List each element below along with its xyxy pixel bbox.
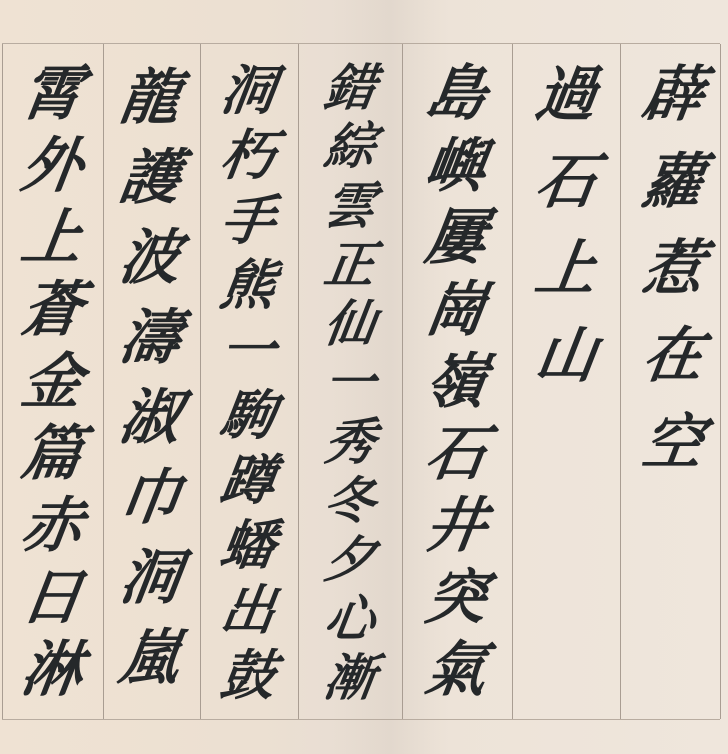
glyph: 蹲 [216, 448, 279, 513]
glyph: 上 [17, 202, 87, 274]
glyph: 惹 [637, 226, 709, 313]
glyph: 波 [114, 218, 185, 298]
glyph: 洞 [216, 58, 279, 123]
glyph: 井 [421, 490, 491, 562]
glyph: 龍 [114, 58, 185, 138]
calligraphy-paper: 薜 蘿 惹 在 空 過 石 上 山 島 嶼 屢 崗 嶺 石 井 突 氣 錯 綜 … [0, 0, 728, 754]
glyph: 淑 [114, 378, 185, 458]
glyph: 空 [637, 400, 709, 487]
glyph: 濤 [114, 298, 185, 378]
glyph: 嶼 [421, 130, 491, 202]
glyph: 駒 [216, 383, 279, 448]
glyph: 石 [421, 418, 491, 490]
glyph: 秀 [321, 412, 379, 471]
glyph: 蟠 [216, 513, 279, 578]
column-line [2, 44, 3, 719]
column-line [298, 44, 299, 719]
glyph: 巾 [114, 458, 185, 538]
glyph: 一 [321, 353, 379, 412]
glyph: 夕 [321, 530, 379, 589]
glyph: 心 [321, 589, 379, 648]
glyph: 手 [216, 188, 279, 253]
glyph: 氣 [421, 634, 491, 706]
text-column-3: 島 嶼 屢 崗 嶺 石 井 突 氣 [408, 58, 504, 706]
glyph: 蘿 [637, 139, 709, 226]
glyph: 出 [216, 578, 279, 643]
glyph: 淋 [17, 634, 87, 706]
text-column-5: 洞 朽 手 熊 一 駒 蹲 蟠 出 鼓 [200, 58, 296, 708]
glyph: 冬 [321, 471, 379, 530]
glyph: 蒼 [17, 274, 87, 346]
glyph: 正 [321, 235, 379, 294]
glyph: 屢 [421, 202, 491, 274]
glyph: 霄 [17, 58, 87, 130]
column-line [402, 44, 403, 719]
glyph: 熊 [216, 253, 279, 318]
glyph: 在 [637, 313, 709, 400]
column-line [512, 44, 513, 719]
glyph: 鼓 [216, 643, 279, 708]
text-column-6: 龍 護 波 濤 淑 巾 洞 嵐 [102, 58, 198, 698]
glyph: 綜 [321, 117, 379, 176]
glyph: 外 [17, 130, 87, 202]
glyph: 金 [17, 346, 87, 418]
glyph: 石 [530, 139, 602, 226]
glyph: 過 [530, 52, 602, 139]
glyph: 上 [530, 226, 602, 313]
glyph: 薜 [637, 52, 709, 139]
glyph: 赤 [17, 490, 87, 562]
glyph: 洞 [114, 538, 185, 618]
text-column-1: 薜 蘿 惹 在 空 [625, 52, 721, 487]
glyph: 突 [421, 562, 491, 634]
glyph: 仙 [321, 294, 379, 353]
glyph: 嵐 [114, 618, 185, 698]
glyph: 山 [530, 313, 602, 400]
glyph: 朽 [216, 123, 279, 188]
glyph: 日 [17, 562, 87, 634]
glyph: 錯 [321, 58, 379, 117]
text-column-2: 過 石 上 山 [518, 52, 614, 400]
glyph: 一 [216, 318, 279, 383]
glyph: 島 [421, 58, 491, 130]
glyph: 護 [114, 138, 185, 218]
glyph: 篇 [17, 418, 87, 490]
glyph: 漸 [321, 648, 379, 707]
column-line [620, 44, 621, 719]
glyph: 雲 [321, 176, 379, 235]
text-column-7: 霄 外 上 蒼 金 篇 赤 日 淋 [4, 58, 100, 706]
text-column-4: 錯 綜 雲 正 仙 一 秀 冬 夕 心 漸 [302, 58, 398, 707]
glyph: 崗 [421, 274, 491, 346]
glyph: 嶺 [421, 346, 491, 418]
